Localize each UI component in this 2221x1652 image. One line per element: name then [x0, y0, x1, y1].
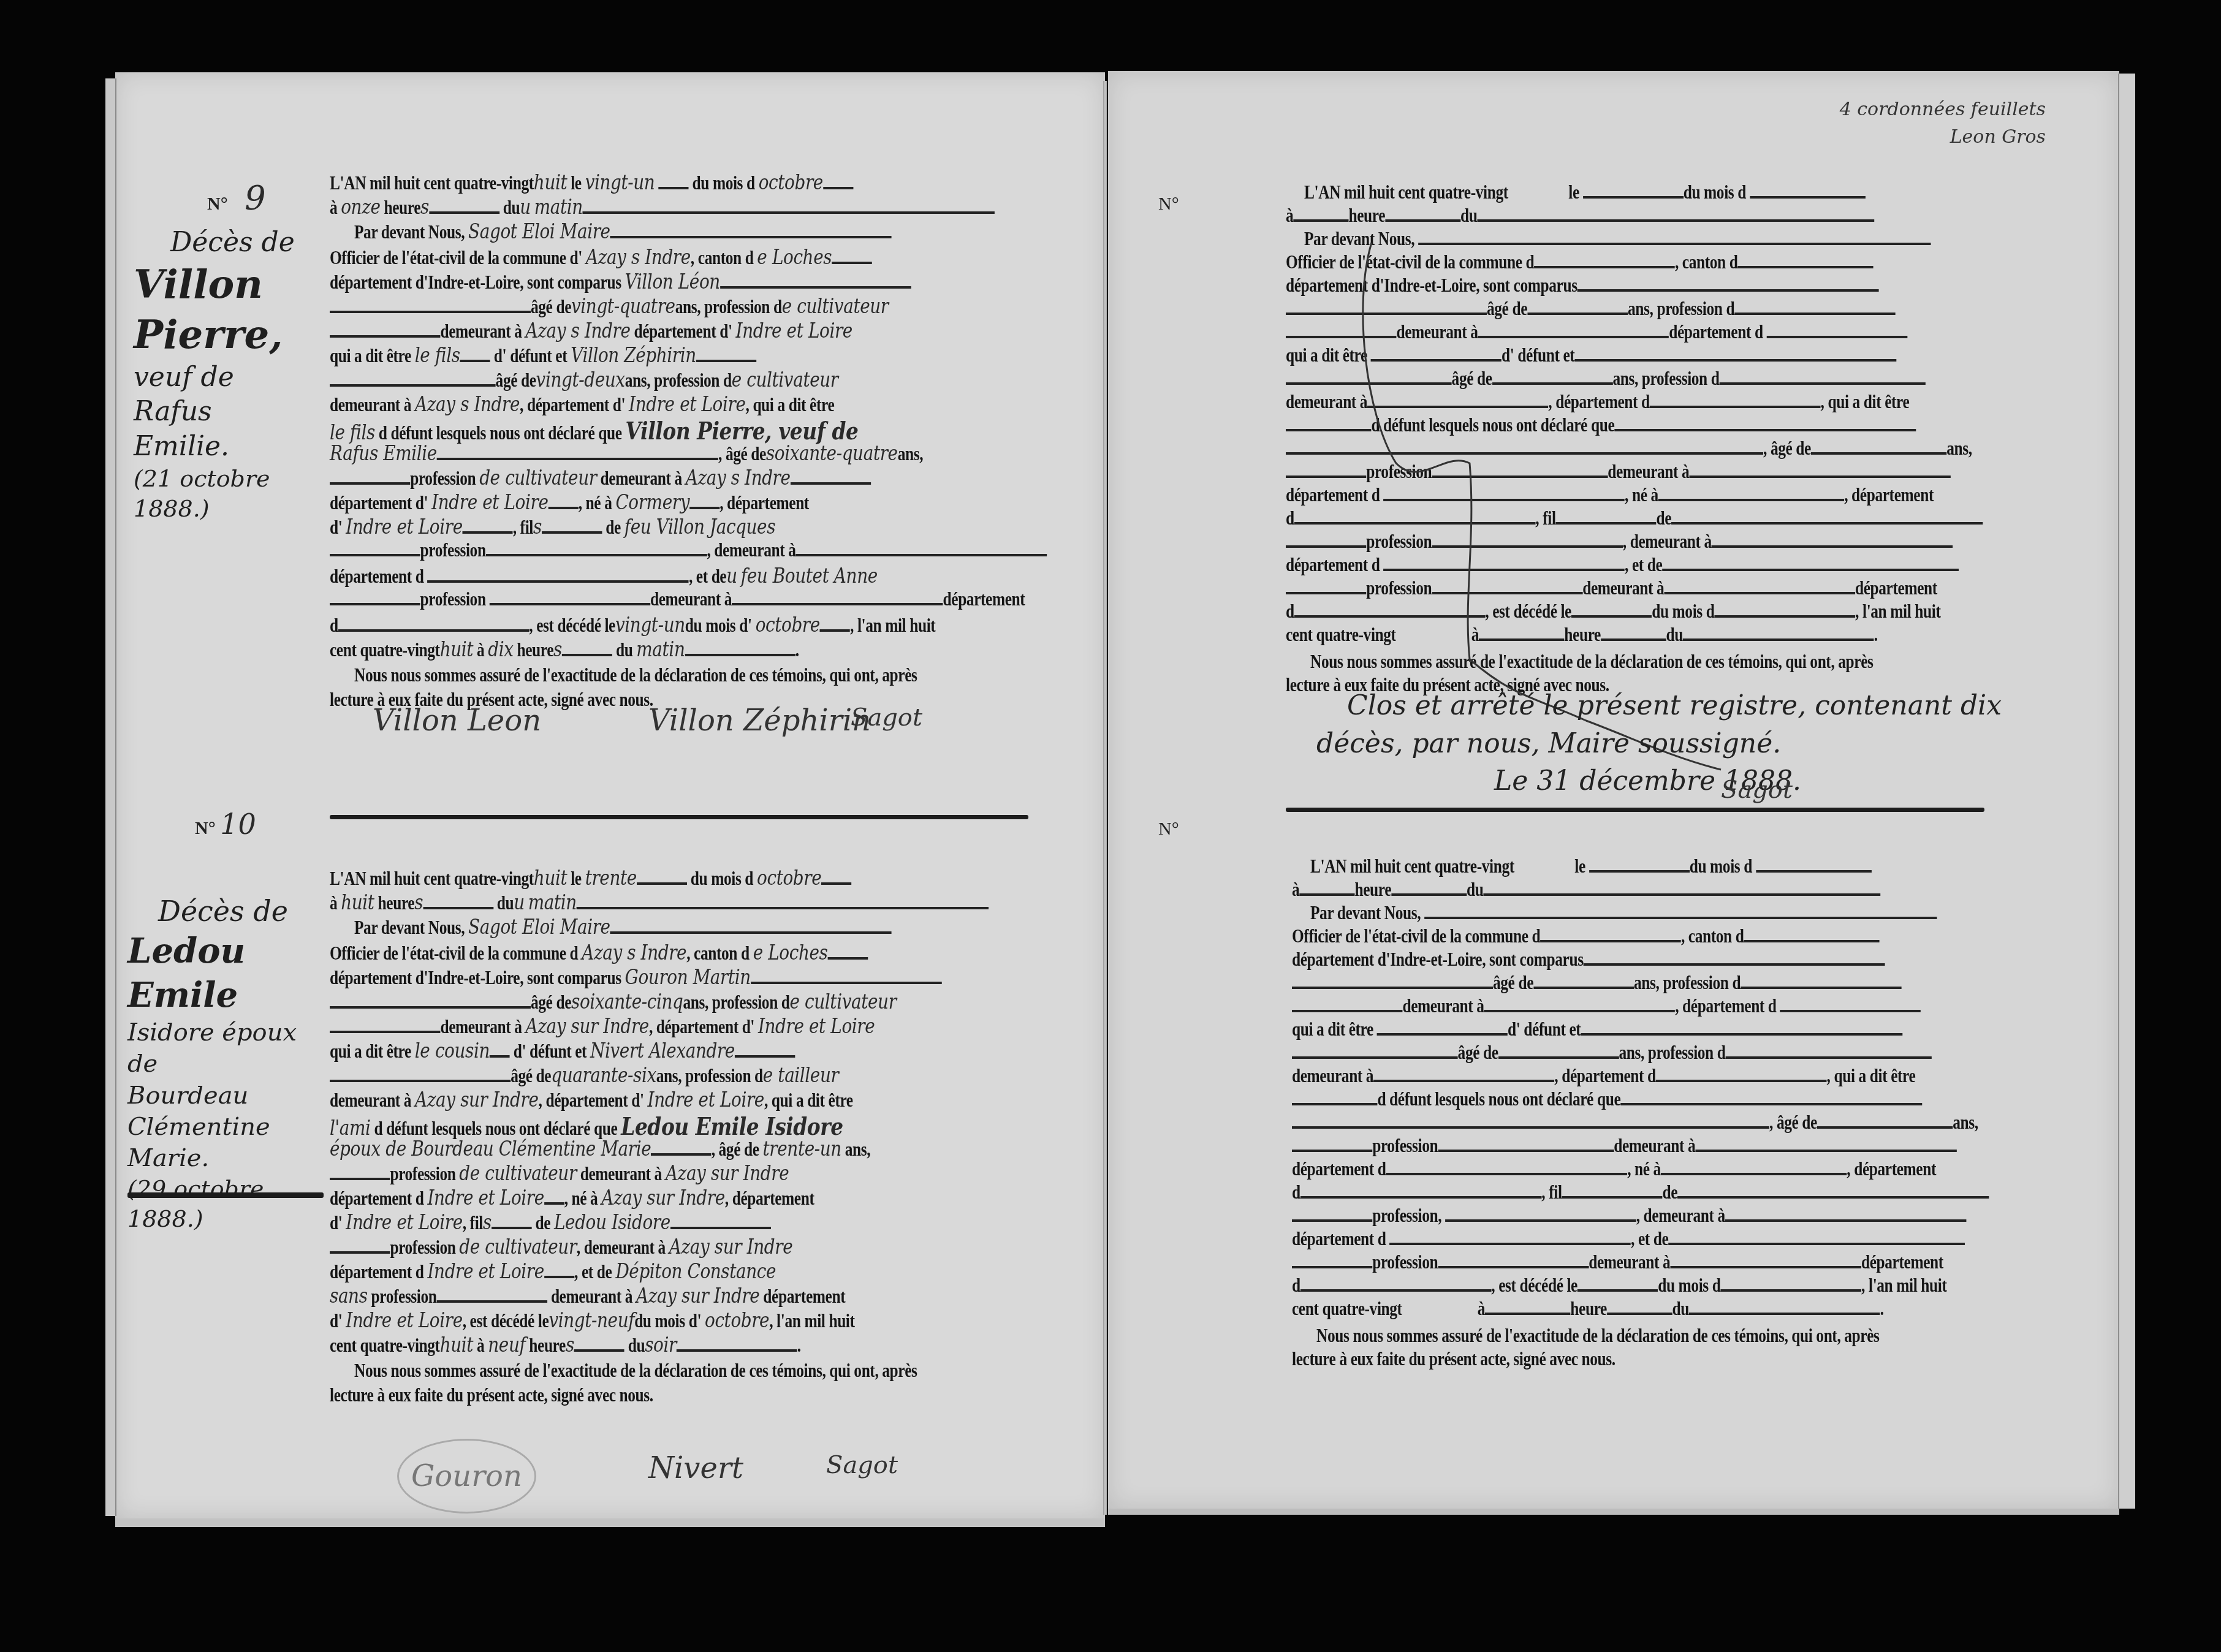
form-line: d' Indre et Loire, fils de Ledou Isidore: [330, 1210, 771, 1235]
act-number-label: N°: [1158, 194, 1179, 214]
form-line: Nous nous sommes assuré de l'exactitude …: [354, 1360, 917, 1382]
form-line: Officier de l'état-civil de la commune d…: [330, 941, 868, 965]
form-line: demeurant à, département d, qui a dit êt…: [1292, 1065, 1915, 1087]
form-line: profession, , demeurant à: [1292, 1205, 1966, 1227]
form-line: qui a dit être le cousin d' défunt et Ni…: [330, 1039, 795, 1063]
form-line: âgé deans, profession d: [1292, 1042, 1932, 1064]
signature-mayor: Sagot: [851, 703, 922, 732]
signature-witness-1: Villon Leon: [373, 703, 541, 738]
form-line: âgé dequarante-sixans, profession de tai…: [330, 1063, 838, 1088]
form-line: département d'Indre-et-Loire, sont compa…: [330, 965, 941, 990]
form-line: âgé desoixante-cinqans, profession de cu…: [330, 990, 897, 1014]
form-line: époux de Bourdeau Clémentine Marie, âgé …: [330, 1137, 870, 1161]
form-line: Officier de l'état-civil de la commune d…: [330, 245, 872, 270]
form-line: département d Indre et Loire, et de Dépi…: [330, 1259, 776, 1284]
form-line: qui a dit être le fils d' défunt et Vill…: [330, 343, 756, 368]
left-page: N° 9 Décès de Villon Pierre, veuf de Raf…: [115, 72, 1105, 1518]
act-number-label: N°: [1158, 819, 1179, 839]
right-page-edge: [2118, 74, 2135, 1509]
form-line: demeurant à Azay sur Indre, département …: [330, 1088, 853, 1112]
form-line: Par devant Nous, Sagot Eloi Maire: [354, 219, 892, 244]
form-line: professiondemeurant àdépartement: [1292, 1251, 1943, 1273]
form-line: àheuredu: [1292, 879, 1880, 901]
form-line: Nous nous sommes assuré de l'exactitude …: [1316, 1325, 1880, 1347]
signature-witness-2: Villon Zéphirin: [648, 703, 871, 738]
form-line: demeurant à Azay s Indre, département d'…: [330, 392, 834, 417]
form-line: Par devant Nous,: [1310, 902, 1937, 924]
left-page-edge: [105, 78, 116, 1516]
left-page-bottom-edge: [115, 1518, 1105, 1527]
form-line: d, est décédé ledu mois d, l'an mil huit: [1292, 1275, 1946, 1297]
form-line: profession demeurant àdépartement: [330, 588, 1025, 610]
act-separator: [330, 815, 1028, 819]
form-line: d' Indre et Loire, est décédé levingt-ne…: [330, 1308, 855, 1333]
form-line: d, est décédé levingt-undu mois d' octob…: [330, 613, 935, 637]
form-line: Par devant Nous, Sagot Eloi Maire: [354, 915, 892, 939]
book-spine: [1103, 81, 1107, 1515]
act-separator: [1286, 808, 1984, 812]
form-line: département d , et deu feu Boutet Anne: [330, 564, 878, 588]
form-line: département d'Indre-et-Loire, sont compa…: [1292, 949, 1885, 971]
form-line: profession de cultivateur, demeurant à A…: [330, 1235, 792, 1259]
form-line: L'AN mil huit cent quatre-vingthuit le t…: [330, 866, 851, 890]
act-number-label: N° 9: [207, 179, 266, 218]
form-line: Officier de l'état-civil de la commune d…: [1292, 925, 1880, 947]
form-line: , âgé deans,: [1292, 1112, 1978, 1134]
form-line: département d'Indre-et-Loire, sont compa…: [330, 270, 911, 294]
form-line: à huit heures duu matin: [330, 890, 989, 915]
margin-note-act-9: Décès de Villon Pierre, veuf de Rafus Em…: [134, 225, 311, 523]
form-line: d défunt lesquels nous ont déclaré que: [1292, 1088, 1922, 1110]
form-line: cent quatre-vingthuit à dix heures du ma…: [330, 637, 799, 662]
form-line: àheuredu: [1286, 205, 1874, 227]
form-line: profession, demeurant à: [330, 539, 1047, 561]
closing-statement: Clos et arrêté le présent registre, cont…: [1316, 687, 2002, 800]
form-line: demeurant à, département d: [1292, 995, 1921, 1017]
form-line: qui a dit être d' défunt et: [1292, 1018, 1902, 1040]
form-line: département d Indre et Loire, né à Azay …: [330, 1186, 814, 1210]
form-line: demeurant à Azay sur Indre, département …: [330, 1014, 875, 1039]
act-number-label: N° 10: [195, 808, 256, 841]
form-line: L'AN mil huit cent quatre-vingtle du moi…: [1310, 855, 1872, 877]
form-line: département d, né à, département: [1292, 1158, 1936, 1180]
form-line: âgé devingt-quatreans, profession de cul…: [330, 294, 889, 319]
form-line: d' Indre et Loire, fils de feu Villon Ja…: [330, 515, 775, 539]
form-line: à onze heures duu matin: [330, 195, 995, 219]
form-line: d, filde: [1292, 1181, 1989, 1203]
form-line: L'AN mil huit cent quatre-vingtle du moi…: [1304, 181, 1866, 203]
form-line: professiondemeurant à: [1292, 1135, 1957, 1157]
form-line: L'AN mil huit cent quatre-vingthuit le v…: [330, 170, 853, 195]
right-page-bottom-edge: [1108, 1509, 2119, 1515]
margin-note-act-10: Décès de Ledou Emile Isidore époux de Bo…: [127, 893, 317, 1233]
form-line: lecture à eux faite du présent acte, sig…: [330, 1384, 653, 1406]
top-right-annotation: 4 cordonnées feuillets Leon Gros: [1840, 96, 2046, 151]
form-line: Nous nous sommes assuré de l'exactitude …: [354, 664, 917, 686]
margin-rule: [127, 1192, 324, 1198]
form-line: cent quatre-vingtàheuredu.: [1292, 1298, 1884, 1320]
form-line: lecture à eux faite du présent acte, sig…: [1292, 1348, 1615, 1370]
form-line: sans profession demeurant à Azay sur Ind…: [330, 1284, 845, 1308]
form-line: demeurant à Azay s Indre département d' …: [330, 319, 852, 343]
signature-witness-1: Gouron: [397, 1439, 536, 1514]
signature-mayor: Sagot: [826, 1451, 898, 1479]
form-line: profession de cultivateur demeurant à Az…: [330, 466, 871, 490]
form-line: département d' Indre et Loire, né à Corm…: [330, 490, 809, 515]
closing-signature-mayor: Sagot: [1721, 776, 1793, 804]
form-line: profession de cultivateur demeurant à Az…: [330, 1161, 789, 1186]
form-line: département d , et de: [1292, 1228, 1965, 1250]
form-line: âgé deans, profession d: [1292, 972, 1902, 994]
signature-witness-2: Nivert: [648, 1451, 743, 1485]
right-page: 4 cordonnées feuillets Leon Gros N° L'AN…: [1108, 71, 2119, 1509]
form-line: cent quatre-vingthuit à neuf heures duso…: [330, 1333, 801, 1357]
form-line: âgé devingt-deuxans, profession de culti…: [330, 368, 838, 392]
form-line: Rafus Emilie, âgé desoixante-quatreans,: [330, 441, 923, 466]
